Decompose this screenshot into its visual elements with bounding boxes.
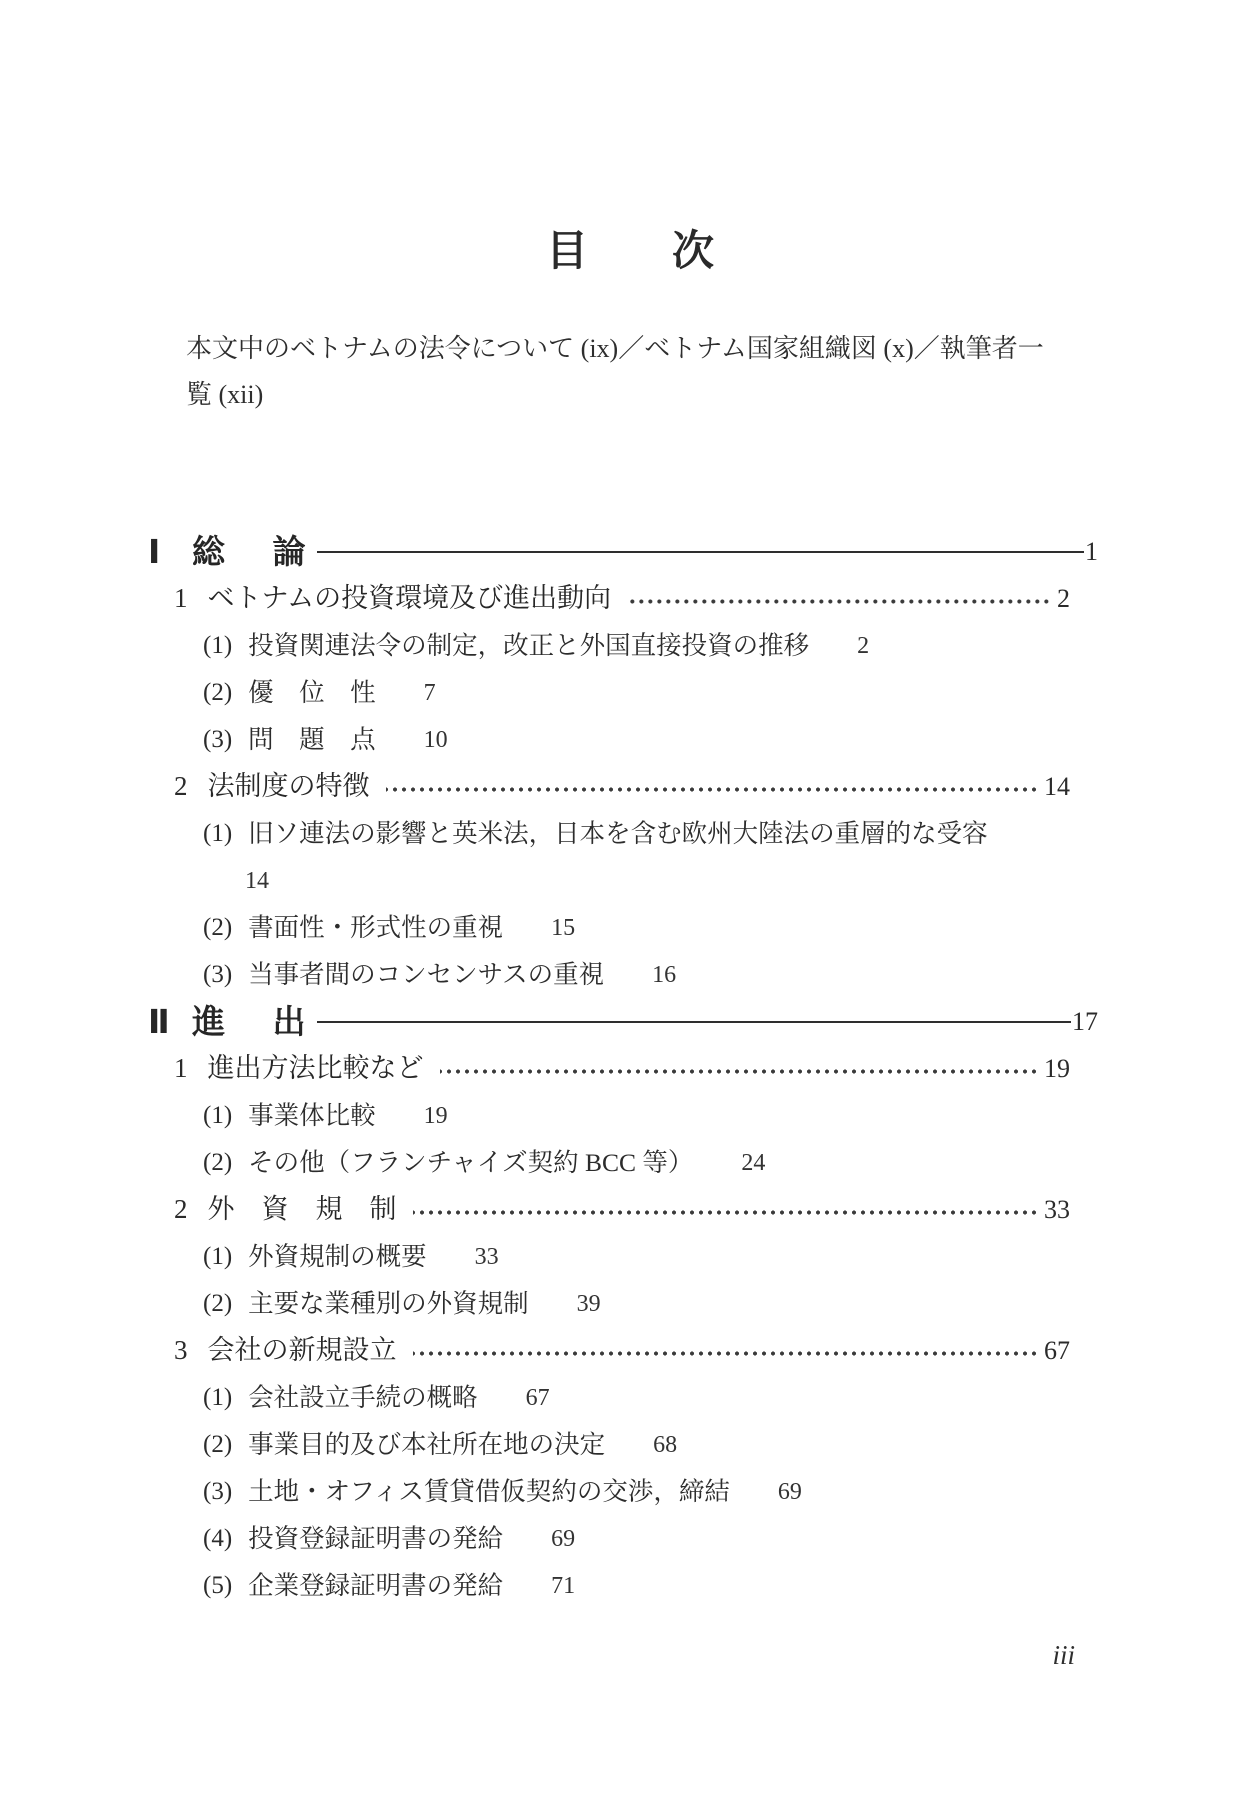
- page-number: 33: [475, 1245, 499, 1269]
- subitem-label: 優 位 性: [248, 680, 376, 706]
- leader-rule: [317, 1021, 1071, 1023]
- page-number: 19: [1044, 1056, 1070, 1082]
- subitem-number: (1): [203, 633, 232, 658]
- toc-item: 1 ベトナムの投資環境及び進出動向 2: [148, 575, 1098, 622]
- toc-subitem: (5) 企業登録証明書の発給 71: [148, 1562, 1098, 1609]
- leader-dots: [413, 1208, 1039, 1217]
- page-number: 16: [652, 963, 676, 987]
- item-label: ベトナムの投資環境及び進出動向: [208, 585, 612, 612]
- page-number: 69: [778, 1480, 802, 1504]
- item-number: 1: [174, 1055, 188, 1082]
- subitem-label: 外資規制の概要: [248, 1244, 427, 1270]
- part-title: 総 論: [192, 535, 313, 568]
- page-number: 71: [551, 1574, 575, 1598]
- subitem-label: 主要な業種別の外資規制: [248, 1291, 529, 1317]
- subitem-label: 企業登録証明書の発給: [248, 1573, 503, 1599]
- toc-subitem: (3) 土地・オフィス賃貸借仮契約の交渉，締結 69: [148, 1468, 1098, 1515]
- leader-dots: [413, 1349, 1039, 1358]
- subitem-number: (1): [203, 1385, 232, 1410]
- toc-subitem: (2) 主要な業種別の外資規制 39: [148, 1280, 1098, 1327]
- subitem-label: 投資登録証明書の発給: [248, 1526, 503, 1552]
- page-number: 2: [1057, 586, 1070, 612]
- subitem-number: (2): [203, 1291, 232, 1316]
- toc-subitem: (1) 旧ソ連法の影響と英米法，日本を含む欧州大陸法の重層的な受容: [148, 810, 1098, 857]
- item-label: 外 資 規 制: [208, 1196, 397, 1223]
- subitem-label: その他（フランチャイズ契約 BCC 等）: [248, 1150, 693, 1176]
- table-of-contents: Ⅰ 総 論 1 1 ベトナムの投資環境及び進出動向 2 (1) 投資関連法令の制…: [148, 528, 1098, 1609]
- folio-page-number: iii: [1052, 1642, 1075, 1669]
- page-number: 7: [424, 681, 436, 705]
- toc-subitem: (3) 問 題 点 10: [148, 716, 1098, 763]
- toc-subitem: (4) 投資登録証明書の発給 69: [148, 1515, 1098, 1562]
- leader-dots: [627, 597, 1051, 606]
- toc-subitem: (3) 当事者間のコンセンサスの重視 16: [148, 951, 1098, 998]
- item-number: 2: [174, 773, 188, 800]
- subitem-label: 旧ソ連法の影響と英米法，日本を含む欧州大陸法の重層的な受容: [248, 821, 988, 847]
- subitem-number: (2): [203, 680, 232, 705]
- toc-part-heading: Ⅱ 進 出 17: [148, 998, 1098, 1045]
- page-number: 10: [424, 728, 448, 752]
- item-number: 1: [174, 585, 188, 612]
- toc-subitem: (2) その他（フランチャイズ契約 BCC 等） 24: [148, 1139, 1098, 1186]
- subitem-number: (1): [203, 821, 232, 846]
- page-number: 67: [1044, 1338, 1070, 1364]
- part-title: 進 出: [192, 1005, 313, 1038]
- toc-subitem: (1) 投資関連法令の制定，改正と外国直接投資の推移 2: [148, 622, 1098, 669]
- subitem-number: (5): [203, 1573, 232, 1598]
- toc-subitem: (2) 優 位 性 7: [148, 669, 1098, 716]
- page-number: 33: [1044, 1197, 1070, 1223]
- toc-subitem-continuation: 14: [148, 857, 1098, 904]
- toc-item: 2 法制度の特徴 14: [148, 763, 1098, 810]
- page-number: 24: [741, 1151, 765, 1175]
- subitem-label: 当事者間のコンセンサスの重視: [248, 962, 604, 988]
- subitem-number: (2): [203, 915, 232, 940]
- leader-dots: [440, 1067, 1039, 1076]
- front-matter-note-line1: 本文中のベトナムの法令について (ix)／ベトナム国家組織図 (x)／執筆者一: [186, 326, 1096, 372]
- item-label: 会社の新規設立: [208, 1337, 397, 1364]
- subitem-label: 会社設立手続の概略: [248, 1385, 478, 1411]
- subitem-number: (1): [203, 1244, 232, 1269]
- toc-item: 2 外 資 規 制 33: [148, 1186, 1098, 1233]
- page-number: 1: [1084, 539, 1098, 565]
- page-number: 14: [1044, 774, 1070, 800]
- page-title: 目 次: [0, 228, 1260, 274]
- subitem-label: 投資関連法令の制定，改正と外国直接投資の推移: [248, 633, 809, 659]
- toc-subitem: (1) 事業体比較 19: [148, 1092, 1098, 1139]
- part-numeral: Ⅰ: [148, 535, 192, 568]
- item-number: 2: [174, 1196, 188, 1223]
- part-numeral: Ⅱ: [148, 1005, 192, 1038]
- leader-dots: [386, 785, 1039, 794]
- subitem-number: (1): [203, 1103, 232, 1128]
- front-matter-note: 本文中のベトナムの法令について (ix)／ベトナム国家組織図 (x)／執筆者一 …: [186, 326, 1096, 418]
- toc-subitem: (2) 事業目的及び本社所在地の決定 68: [148, 1421, 1098, 1468]
- leader-rule: [317, 551, 1084, 553]
- page-number: 69: [551, 1527, 575, 1551]
- page-number: 67: [526, 1386, 550, 1410]
- subitem-number: (3): [203, 1479, 232, 1504]
- subitem-label: 事業目的及び本社所在地の決定: [248, 1432, 605, 1458]
- toc-part-heading: Ⅰ 総 論 1: [148, 528, 1098, 575]
- toc-page: 目 次 本文中のベトナムの法令について (ix)／ベトナム国家組織図 (x)／執…: [0, 0, 1260, 1800]
- subitem-number: (3): [203, 727, 232, 752]
- subitem-label: 問 題 点: [248, 727, 376, 753]
- page-number: 39: [577, 1292, 601, 1316]
- toc-subitem: (1) 会社設立手続の概略 67: [148, 1374, 1098, 1421]
- subitem-number: (3): [203, 962, 232, 987]
- toc-subitem: (1) 外資規制の概要 33: [148, 1233, 1098, 1280]
- subitem-number: (4): [203, 1526, 232, 1551]
- item-number: 3: [174, 1337, 188, 1364]
- page-number: 2: [857, 634, 869, 658]
- item-label: 進出方法比較など: [208, 1055, 424, 1082]
- subitem-label: 事業体比較: [248, 1103, 376, 1129]
- page-number: 15: [551, 916, 575, 940]
- toc-item: 1 進出方法比較など 19: [148, 1045, 1098, 1092]
- toc-item: 3 会社の新規設立 67: [148, 1327, 1098, 1374]
- front-matter-note-line2: 覧 (xii): [186, 372, 1096, 418]
- page-number: 19: [424, 1104, 448, 1128]
- subitem-label: 書面性・形式性の重視: [248, 915, 503, 941]
- subitem-number: (2): [203, 1432, 232, 1457]
- page-number: 68: [653, 1433, 677, 1457]
- toc-subitem: (2) 書面性・形式性の重視 15: [148, 904, 1098, 951]
- page-number: 14: [245, 869, 269, 893]
- subitem-number: (2): [203, 1150, 232, 1175]
- page-number: 17: [1071, 1009, 1098, 1035]
- subitem-label: 土地・オフィス賃貸借仮契約の交渉，締結: [248, 1479, 730, 1505]
- item-label: 法制度の特徴: [208, 773, 370, 800]
